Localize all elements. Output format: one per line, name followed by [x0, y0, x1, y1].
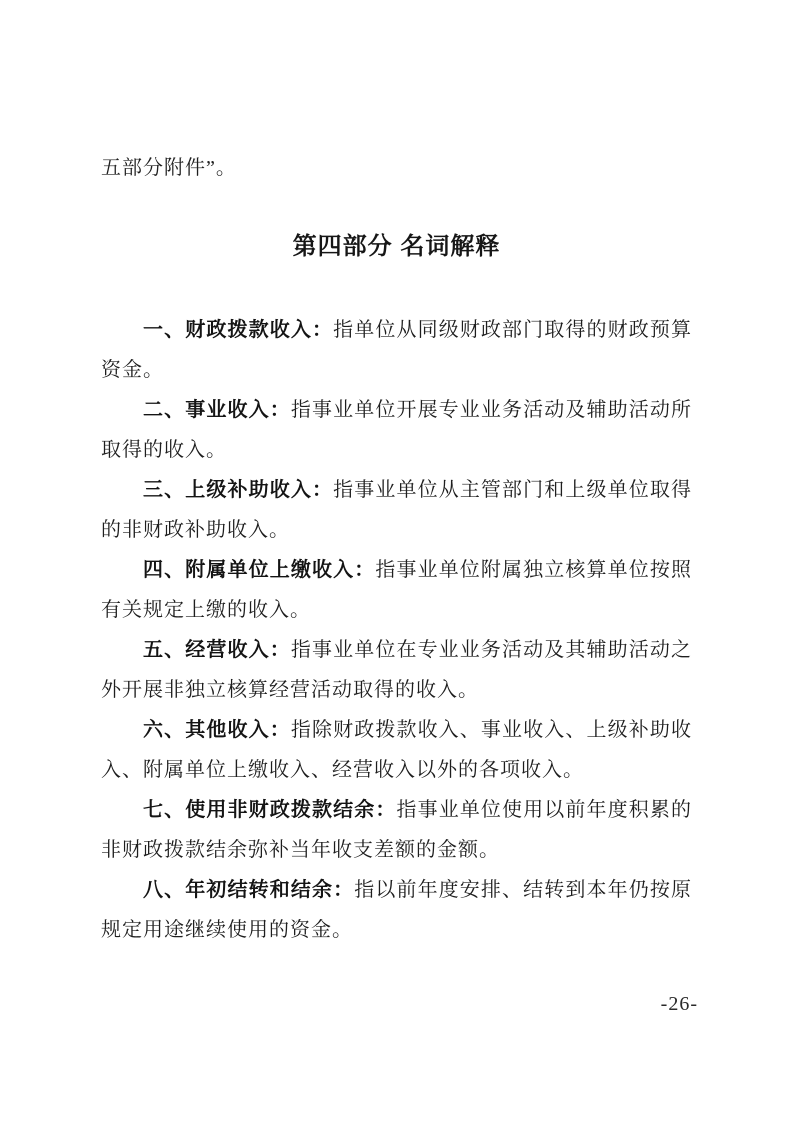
glossary-paragraph: 一、财政拨款收入：指单位从同级财政部门取得的财政预算资金。: [101, 310, 692, 390]
glossary-paragraph: 四、附属单位上缴收入：指事业单位附属独立核算单位按照有关规定上缴的收入。: [101, 550, 692, 630]
term-label: 四、附属单位上缴收入：: [143, 559, 375, 581]
term-label: 五、经营收入：: [143, 639, 291, 661]
section-heading: 第四部分 名词解释: [101, 232, 692, 262]
term-label: 一、财政拨款收入：: [143, 319, 333, 341]
glossary-paragraph: 六、其他收入：指除财政拨款收入、事业收入、上级补助收入、附属单位上缴收入、经营收…: [101, 710, 692, 790]
intro-line: 五部分附件”。: [101, 148, 692, 188]
term-label: 六、其他收入：: [143, 719, 291, 741]
term-label: 二、事业收入：: [143, 399, 291, 421]
glossary-body: 一、财政拨款收入：指单位从同级财政部门取得的财政预算资金。 二、事业收入：指事业…: [101, 310, 692, 950]
glossary-paragraph: 八、年初结转和结余：指以前年度安排、结转到本年仍按原规定用途继续使用的资金。: [101, 870, 692, 950]
glossary-paragraph: 二、事业收入：指事业单位开展专业业务活动及辅助活动所取得的收入。: [101, 390, 692, 470]
term-label: 八、年初结转和结余：: [143, 879, 354, 901]
glossary-paragraph: 五、经营收入：指事业单位在专业业务活动及其辅助活动之外开展非独立核算经营活动取得…: [101, 630, 692, 710]
term-label: 七、使用非财政拨款结余：: [143, 799, 396, 821]
term-label: 三、上级补助收入：: [143, 479, 333, 501]
glossary-paragraph: 三、上级补助收入：指事业单位从主管部门和上级单位取得的非财政补助收入。: [101, 470, 692, 550]
glossary-paragraph: 七、使用非财政拨款结余：指事业单位使用以前年度积累的非财政拨款结余弥补当年收支差…: [101, 790, 692, 870]
document-page: 五部分附件”。 第四部分 名词解释 一、财政拨款收入：指单位从同级财政部门取得的…: [0, 0, 793, 1122]
page-number: -26-: [661, 993, 698, 1016]
page-content: 五部分附件”。 第四部分 名词解释 一、财政拨款收入：指单位从同级财政部门取得的…: [101, 0, 692, 950]
